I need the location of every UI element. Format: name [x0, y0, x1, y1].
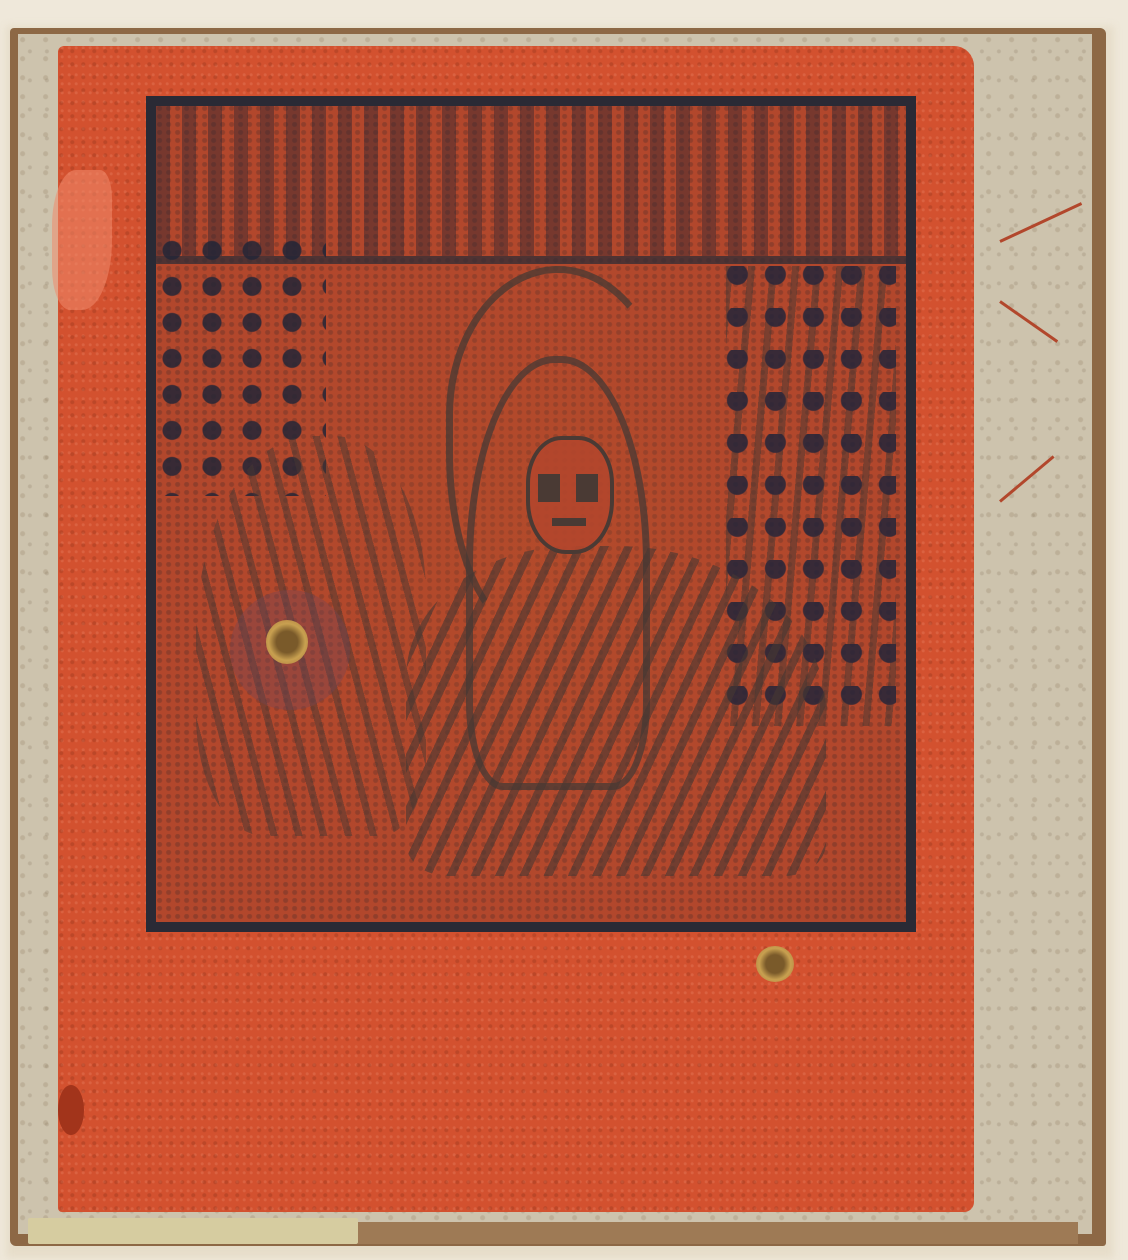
paper-hole [756, 946, 794, 982]
top-border-band [156, 106, 906, 256]
robe-drapery [406, 546, 826, 876]
backing-bottom-strip [28, 1218, 358, 1244]
board-bottom-edge [358, 1222, 1078, 1244]
mouth [552, 518, 586, 526]
stain [58, 1085, 84, 1135]
paper-hole [266, 620, 308, 664]
eye-left [538, 474, 560, 502]
eye-right [576, 474, 598, 502]
printed-image [146, 96, 916, 932]
face [526, 436, 614, 554]
paper-worn-area [52, 170, 112, 310]
